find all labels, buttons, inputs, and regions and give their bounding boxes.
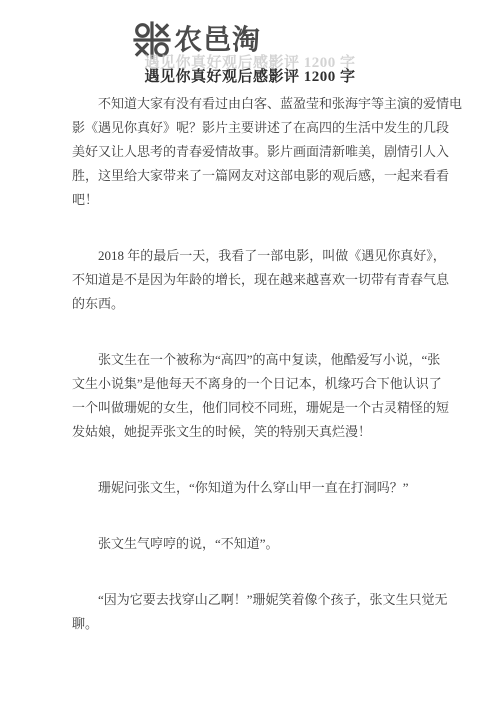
paragraph-intro: 不知道大家有没有看过由白客、蓝盈莹和张海宇等主演的爱情电 影《遇见你真好》呢？影… — [72, 92, 472, 212]
brand-logo: 农邑淘 — [133, 21, 261, 59]
oxxo-grid-logo-icon — [133, 21, 171, 59]
paragraph-characters: 张文生在一个被称为“高四”的高中复读，他酷爱写小说，“张 文生小说集”是他每天不… — [72, 348, 472, 444]
article-body: 不知道大家有没有看过由白客、蓝盈莹和张海宇等主演的爱情电 影《遇见你真好》呢？影… — [72, 92, 472, 668]
brand-logo-text: 农邑淘 — [174, 21, 261, 59]
paragraph-answer: 张文生气哼哼的说，“不知道”。 — [72, 532, 472, 556]
paragraph-2018-newyear: 2018 年的最后一天，我看了一部电影，叫做《遇见你真好》， 不知道是不是因为年… — [72, 244, 472, 316]
paragraph-joke: “因为它要去找穿山乙啊！”珊妮笑着像个孩子，张文生只觉无 聊。 — [72, 588, 472, 636]
document-page: 农邑淘 遇见你真好观后感影评 1200 字 遇见你真好观后感影评 1200 字 … — [0, 0, 500, 707]
paragraph-question: 珊妮问张文生，“你知道为什么穿山甲一直在打洞吗？” — [72, 476, 472, 500]
article-title: 遇见你真好观后感影评 1200 字 — [0, 65, 500, 86]
